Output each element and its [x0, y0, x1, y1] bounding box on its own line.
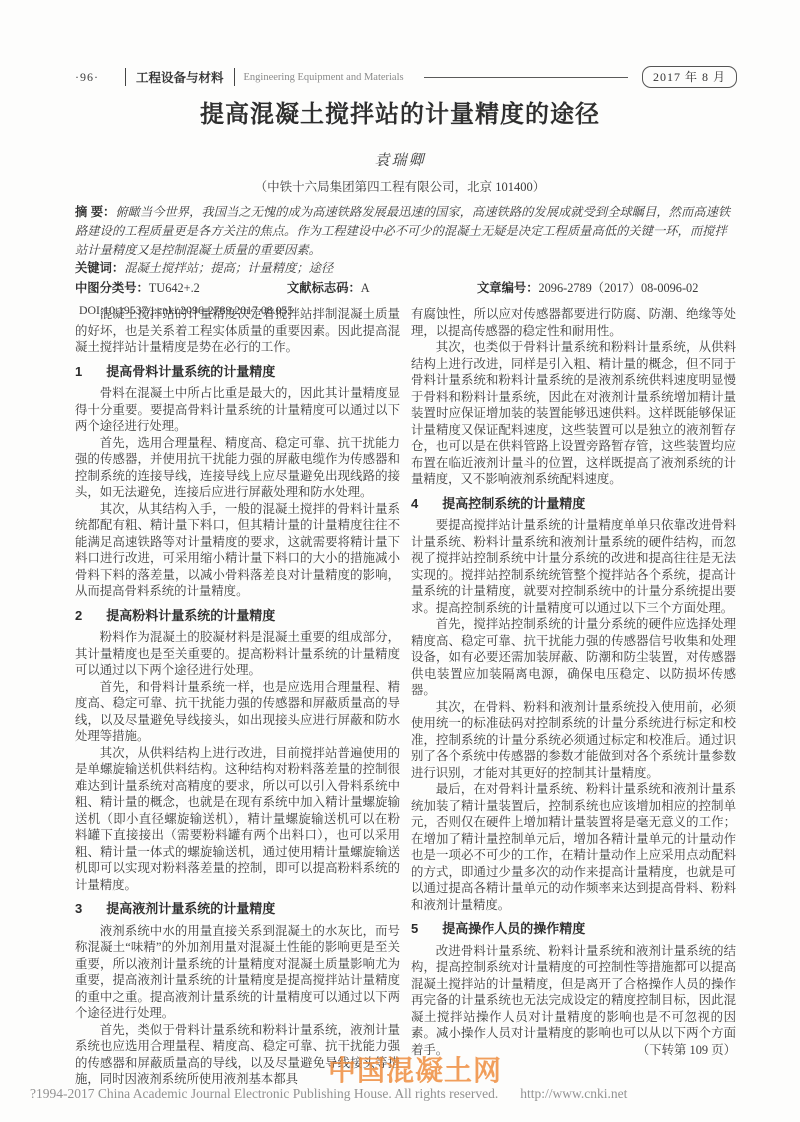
- page-header: ·96· 工程设备与材料 Engineering Equipment and M…: [75, 66, 737, 88]
- document-code: 文献标志码：A: [287, 279, 477, 298]
- journal-name-en: Engineering Equipment and Materials: [244, 72, 404, 83]
- issue-date-badge: 2017 年 8 月: [642, 66, 737, 88]
- section-heading-1: 1提高骨料计量系统的计量精度: [75, 364, 400, 381]
- paragraph-continuation: 有腐蚀性，所以应对传感器都要进行防腐、防潮、绝缘等处理，以提高传感器的稳定性和耐…: [411, 306, 736, 339]
- journal-name-cn: 工程设备与材料: [125, 68, 235, 86]
- keywords-text: 混凝土搅拌站；提高；计量精度；途径: [124, 261, 333, 275]
- article-body: 混凝土搅拌站的计量精度决定着搅拌站拌制混凝土质量的好坏，也是关系着工程实体质量的…: [75, 306, 737, 1088]
- section-heading-5: 5提高操作人员的操作精度: [411, 921, 736, 938]
- keywords-label: 关键词：: [75, 261, 124, 275]
- section-heading-3: 3提高液剂计量系统的计量精度: [75, 901, 400, 918]
- author-name: 袁瑞卿: [0, 149, 800, 170]
- keywords: 关键词：混凝土搅拌站；提高；计量精度；途径: [75, 259, 737, 278]
- article-meta: 摘 要：俯瞰当今世界，我国当之无愧的成为高速铁路发展最迅速的国家，高速铁路的发展…: [75, 203, 737, 320]
- page-number: ·96·: [75, 70, 99, 85]
- abstract-label: 摘 要：: [75, 205, 115, 219]
- paragraph: 改进骨料计量系统、粉料计量系统和液剂计量系统的结构，提高控制系统对计量精度的可控…: [411, 943, 736, 1059]
- section-heading-4: 4提高控制系统的计量精度: [411, 496, 736, 513]
- clc-number: 中图分类号：TU642+.2: [75, 279, 287, 298]
- paragraph: 最后，在对骨料计量系统、粉料计量系统和液剂计量系统加装了精计量装置后，控制系统也…: [411, 781, 736, 913]
- site-watermark: 中国混凝土网: [328, 1049, 502, 1089]
- continuation-note: （下转第 109 页）: [612, 1042, 736, 1059]
- right-column: 有腐蚀性，所以应对传感器都要进行防腐、防潮、绝缘等处理，以提高传感器的稳定性和耐…: [411, 306, 736, 1088]
- paragraph: 液剂系统中水的用量直接关系到混凝土的水灰比，而号称混凝土“味精”的外加剂用量对混…: [75, 923, 400, 1022]
- paragraph: 骨料在混凝土中所占比重是最大的，因此其计量精度显得十分重要。要提高骨料计量系统的…: [75, 385, 400, 435]
- header-rule: [424, 77, 628, 78]
- paragraph: 其次，从供料结构上进行改进，目前搅拌站普遍使用的是单螺旋输送机供料结构。这种结构…: [75, 745, 400, 894]
- paragraph: 粉料作为混凝土的胶凝材料是混凝土重要的组成部分，其计量精度也是至关重要的。提高粉…: [75, 629, 400, 679]
- article-id: 文章编号：2096-2789（2017）08-0096-02: [477, 279, 698, 298]
- classification-row: 中图分类号：TU642+.2 文献标志码：A 文章编号：2096-2789（20…: [75, 279, 737, 298]
- paragraph: 混凝土搅拌站的计量精度决定着搅拌站拌制混凝土质量的好坏，也是关系着工程实体质量的…: [75, 306, 400, 356]
- section-heading-2: 2提高粉料计量系统的计量精度: [75, 608, 400, 625]
- paragraph: 要提高搅拌站计量系统的计量精度单单只依靠改进骨料计量系统、粉料计量系统和液剂计量…: [411, 517, 736, 616]
- abstract-text: 俯瞰当今世界，我国当之无愧的成为高速铁路发展最迅速的国家，高速铁路的发展成就受到…: [75, 205, 730, 257]
- paragraph: 首先，选用合理量程、精度高、稳定可靠、抗干扰能力强的传感器，并使用抗干扰能力强的…: [75, 435, 400, 501]
- author-affiliation: （中铁十六局集团第四工程有限公司，北京 101400）: [0, 177, 800, 195]
- paragraph: 其次，从其结构入手，一般的混凝土搅拌的骨料计量系统都配有粗、精计量下料口，但其精…: [75, 501, 400, 600]
- abstract: 摘 要：俯瞰当今世界，我国当之无愧的成为高速铁路发展最迅速的国家，高速铁路的发展…: [75, 203, 737, 259]
- cnki-url: http://www.cnki.net: [520, 1086, 627, 1101]
- paragraph: 其次，也类似于骨料计量系统和粉料计量系统，从供料结构上进行改进，同样是引入粗、精…: [411, 339, 736, 488]
- journal-page: ·96· 工程设备与材料 Engineering Equipment and M…: [0, 0, 800, 1122]
- paragraph: 首先，和骨料计量系统一样，也是应选用合理量程、精度高、稳定可靠、抗干扰能力强的传…: [75, 679, 400, 745]
- left-column: 混凝土搅拌站的计量精度决定着搅拌站拌制混凝土质量的好坏，也是关系着工程实体质量的…: [75, 306, 400, 1088]
- article-title: 提高混凝土搅拌站的计量精度的途径: [0, 94, 800, 129]
- paragraph: 其次，在骨料、粉料和液剂计量系统投入使用前，必须使用统一的标准砝码对控制系统的计…: [411, 699, 736, 782]
- paragraph: 首先，搅拌站控制系统的计量分系统的硬件应选择处理精度高、稳定可靠、抗干扰能力强的…: [411, 616, 736, 699]
